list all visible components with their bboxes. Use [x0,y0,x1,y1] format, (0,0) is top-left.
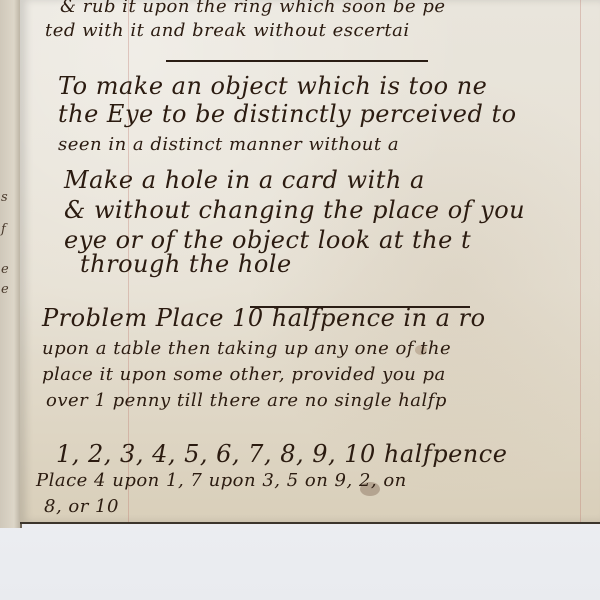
facing-page-fragment: f [1,222,6,237]
text-line: To make an object which is too ne [58,72,487,100]
text-line: over 1 penny till there are no single ha… [46,390,447,411]
text-line: 1, 2, 3, 4, 5, 6, 7, 8, 9, 10 halfpence [56,440,507,468]
text-line: 8, or 10 [44,496,119,517]
overline [250,306,470,308]
facing-page-edge: s f e e [0,0,22,528]
facing-page-fragment: s [1,190,8,205]
facing-page-fragment: e [1,262,9,277]
text-line: the Eye to be distinctly perceived to [58,100,517,128]
notebook-page: & rub it upon the ring which soon be pe … [20,0,600,524]
margin-rule [580,0,581,522]
section-divider [166,60,428,62]
text-line: & rub it upon the ring which soon be pe [60,0,446,17]
text-line: place it upon some other, provided you p… [42,364,446,385]
problem-heading-line: Problem Place 10 halfpence in a ro [42,304,486,332]
text-line: Make a hole in a card with a [64,166,425,194]
text-line: upon a table then taking up any one of t… [42,338,451,359]
text-line: through the hole [80,250,292,278]
facing-page-fragment: e [1,282,9,297]
text-line: seen in a distinct manner without a [58,134,399,155]
text-line: ted with it and break without escertai [45,20,410,41]
text-line: Place 4 upon 1, 7 upon 3, 5 on 9, 2, on [36,470,407,491]
text-line: & without changing the place of you [64,196,525,224]
